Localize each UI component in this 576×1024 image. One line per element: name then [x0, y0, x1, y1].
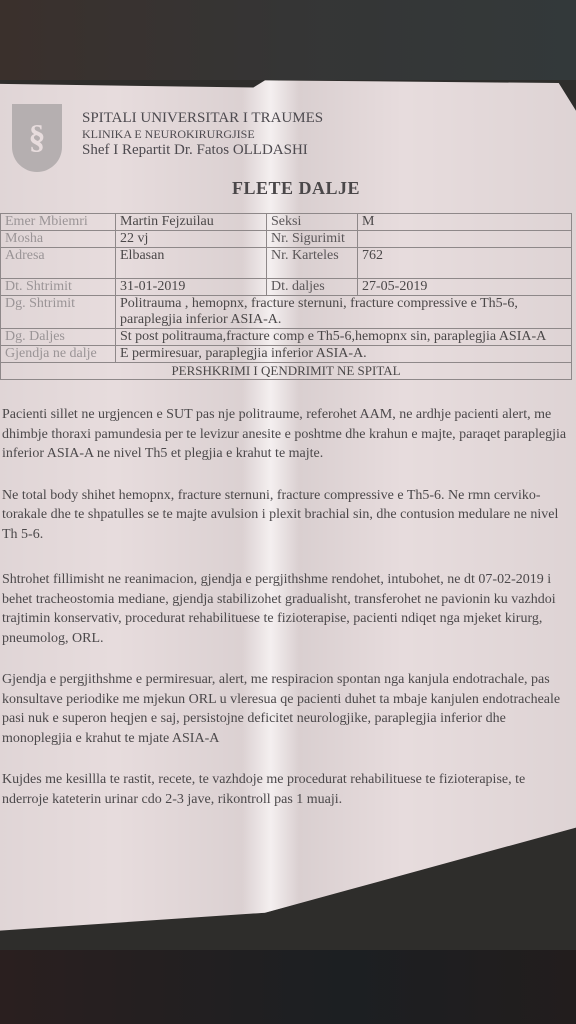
label-discharge-condition: Gjendja ne dalje — [1, 346, 116, 363]
paragraph-condition: Gjendja e pergjithshme e permiresuar, al… — [0, 670, 572, 748]
paragraph-imaging: Ne total body shihet hemopnx, fracture s… — [0, 486, 572, 545]
label-age: Mosha — [1, 231, 116, 248]
section-heading: PERSHKRIMI I QENDRIMIT NE SPITAL — [1, 363, 572, 380]
background-top — [0, 0, 576, 80]
department-chief: Shef I Repartit Dr. Fatos OLLDASHI — [82, 142, 323, 158]
label-chart-number: Nr. Karteles — [267, 248, 358, 279]
hospital-emblem-icon: § — [12, 104, 62, 172]
label-sex: Seksi — [267, 214, 358, 231]
patient-info-table: Emer Mbiemri Martin Fejzuilau Seksi M Mo… — [0, 213, 572, 380]
value-discharge-date: 27-05-2019 — [358, 279, 572, 296]
label-admission-date: Dt. Shtrimit — [1, 279, 116, 296]
paragraph-recommendations: Kujdes me kesillla te rastit, recete, te… — [0, 770, 572, 809]
value-name: Martin Fejzuilau — [116, 214, 267, 231]
label-insurance: Nr. Sigurimit — [267, 231, 358, 248]
value-chart-number: 762 — [358, 248, 572, 279]
document-title: FLETE DALJE — [232, 178, 360, 199]
background-bottom — [0, 950, 576, 1024]
hospital-stay-description: Pacienti sillet ne urgjencen e SUT pas n… — [0, 405, 572, 831]
value-address: Elbasan — [116, 248, 267, 279]
value-admission-diagnosis: Politrauma , hemopnx, fracture sternuni,… — [116, 296, 572, 329]
paragraph-treatment: Shtrohet fillimisht ne reanimacion, gjen… — [0, 570, 572, 648]
value-insurance — [358, 231, 572, 248]
label-discharge-date: Dt. daljes — [267, 279, 358, 296]
label-name: Emer Mbiemri — [1, 214, 116, 231]
table-row: Dg. Shtrimit Politrauma , hemopnx, fract… — [1, 296, 572, 329]
label-admission-diagnosis: Dg. Shtrimit — [1, 296, 116, 329]
paragraph-presentation: Pacienti sillet ne urgjencen e SUT pas n… — [0, 405, 572, 464]
value-age: 22 vj — [116, 231, 267, 248]
value-discharge-diagnosis: St post politrauma,fracture comp e Th5-6… — [116, 329, 572, 346]
label-discharge-diagnosis: Dg. Daljes — [1, 329, 116, 346]
label-address: Adresa — [1, 248, 116, 279]
value-sex: M — [358, 214, 572, 231]
table-row: Emer Mbiemri Martin Fejzuilau Seksi M — [1, 214, 572, 231]
hospital-name: SPITALI UNIVERSITAR I TRAUMES — [82, 110, 323, 126]
value-admission-date: 31-01-2019 — [116, 279, 267, 296]
letterhead: SPITALI UNIVERSITAR I TRAUMES KLINIKA E … — [82, 110, 323, 158]
value-discharge-condition: E permiresuar, paraplegjia inferior ASIA… — [116, 346, 572, 363]
table-row: Dg. Daljes St post politrauma,fracture c… — [1, 329, 572, 346]
table-row: Dt. Shtrimit 31-01-2019 Dt. daljes 27-05… — [1, 279, 572, 296]
clinic-name: KLINIKA E NEUROKIRURGJISE — [82, 126, 323, 142]
table-row: Adresa Elbasan Nr. Karteles 762 — [1, 248, 572, 279]
table-row: Mosha 22 vj Nr. Sigurimit — [1, 231, 572, 248]
table-row: PERSHKRIMI I QENDRIMIT NE SPITAL — [1, 363, 572, 380]
table-row: Gjendja ne dalje E permiresuar, parapleg… — [1, 346, 572, 363]
